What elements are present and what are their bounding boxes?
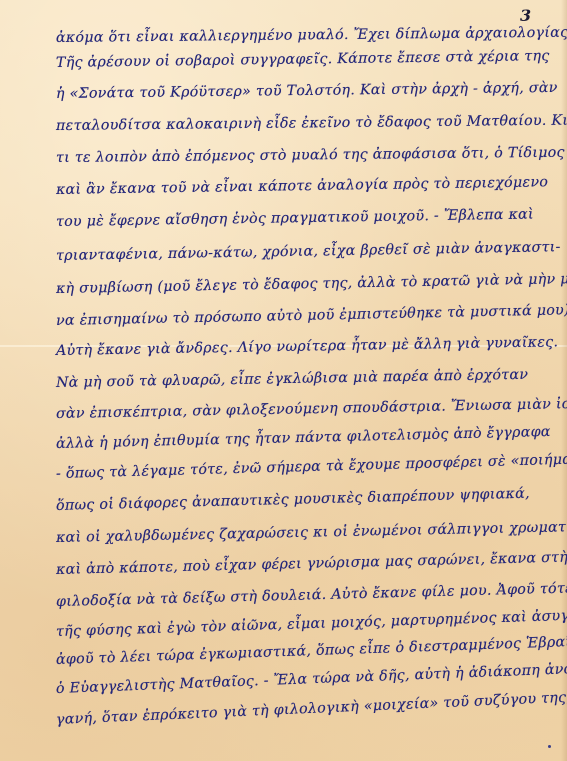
manuscript-line: - ὅπως τὰ λέγαμε τότε, ἐνῶ σήμερα τὰ ἔχο…	[56, 453, 536, 482]
manuscript-line: πεταλουδίτσα καλοκαιρινὴ εἶδε ἐκεῖνο τὸ …	[56, 113, 536, 134]
manuscript-line: καὶ ἀπὸ κάποτε, ποὺ εἶχαν φέρει γνώρισμα…	[56, 550, 536, 578]
manuscript-line: ὁ Εὐαγγελιστὴς Ματθαῖος. - Ἔλα τώρα νὰ δ…	[56, 663, 536, 697]
manuscript-line: σὰν ἐπισκέπτρια, σὰν φιλοξενούμενη σπουδ…	[56, 397, 536, 422]
manuscript-line: καὶ ἂν ἔκανα τοῦ νὰ εἶναι κάποτε ἀναλογί…	[56, 174, 536, 198]
manuscript-line: Τῆς ἀρέσουν οἱ σοβαροὶ συγγραφεῖς. Κάποτ…	[56, 48, 536, 71]
manuscript-line: Νὰ μὴ σοῦ τὰ φλυαρῶ, εἶπε ἐγκλώβισα μιὰ …	[56, 367, 536, 391]
manuscript-page: 3 ἀκόμα ὅτι εἶναι καλλιεργημένο μυαλό. Ἔ…	[0, 0, 567, 761]
manuscript-line: κὴ συμβίωση (μοῦ ἔλεγε τὸ ἔδαφος της, ἀλ…	[56, 272, 536, 297]
manuscript-line: του μὲ ἔφερνε αἴσθηση ἑνὸς πραγματικοῦ μ…	[56, 206, 536, 230]
manuscript-line: γανή, ὅταν ἐπρόκειτο γιὰ τὴ φιλολογικὴ «…	[56, 691, 536, 728]
manuscript-line: ἀλλὰ ἡ μόνη ἐπιθυμία της ἦταν πάντα φιλο…	[56, 424, 536, 452]
manuscript-line: τῆς φύσης καὶ ἐγὼ τὸν αἰῶνα, εἶμαι μοιχό…	[56, 609, 536, 640]
manuscript-line: φιλοδοξία νὰ τὰ δείξω στὴ δουλειά. Αὐτὸ …	[56, 581, 536, 610]
manuscript-line: Αὐτὴ ἔκανε γιὰ ἄνδρες. Λίγο νωρίτερα ἦτα…	[56, 335, 536, 359]
manuscript-line: ὅπως οἱ διάφορες ἀναπαυτικὲς μουσικὲς δι…	[56, 485, 536, 514]
manuscript-line: ἡ «Σονάτα τοῦ Κρόϋτσερ» τοῦ Τολστόη. Καὶ…	[56, 80, 536, 102]
manuscript-line: τι τε λοιπὸν ἀπὸ ἐπόμενος στὸ μυαλό της …	[56, 145, 536, 166]
manuscript-line: ἀκόμα ὅτι εἶναι καλλιεργημένο μυαλό. Ἔχε…	[56, 25, 536, 46]
manuscript-line: τριανταφένια, πάνω-κάτω, χρόνια, εἶχα βρ…	[56, 240, 536, 264]
manuscript-line: να ἐπισημαίνω τὸ πρόσωπο αὐτὸ μοῦ ἐμπιστ…	[56, 303, 536, 329]
manuscript-line: καὶ οἱ χαλυβδωμένες ζαχαρώσεις κι οἱ ἐνω…	[56, 520, 536, 546]
manuscript-line: ἀφοῦ τὸ λέει τώρα ἐγκωμιαστικά, ὅπως εἶπ…	[56, 635, 536, 668]
ink-spot	[548, 745, 551, 748]
page-number: 3	[520, 6, 531, 25]
